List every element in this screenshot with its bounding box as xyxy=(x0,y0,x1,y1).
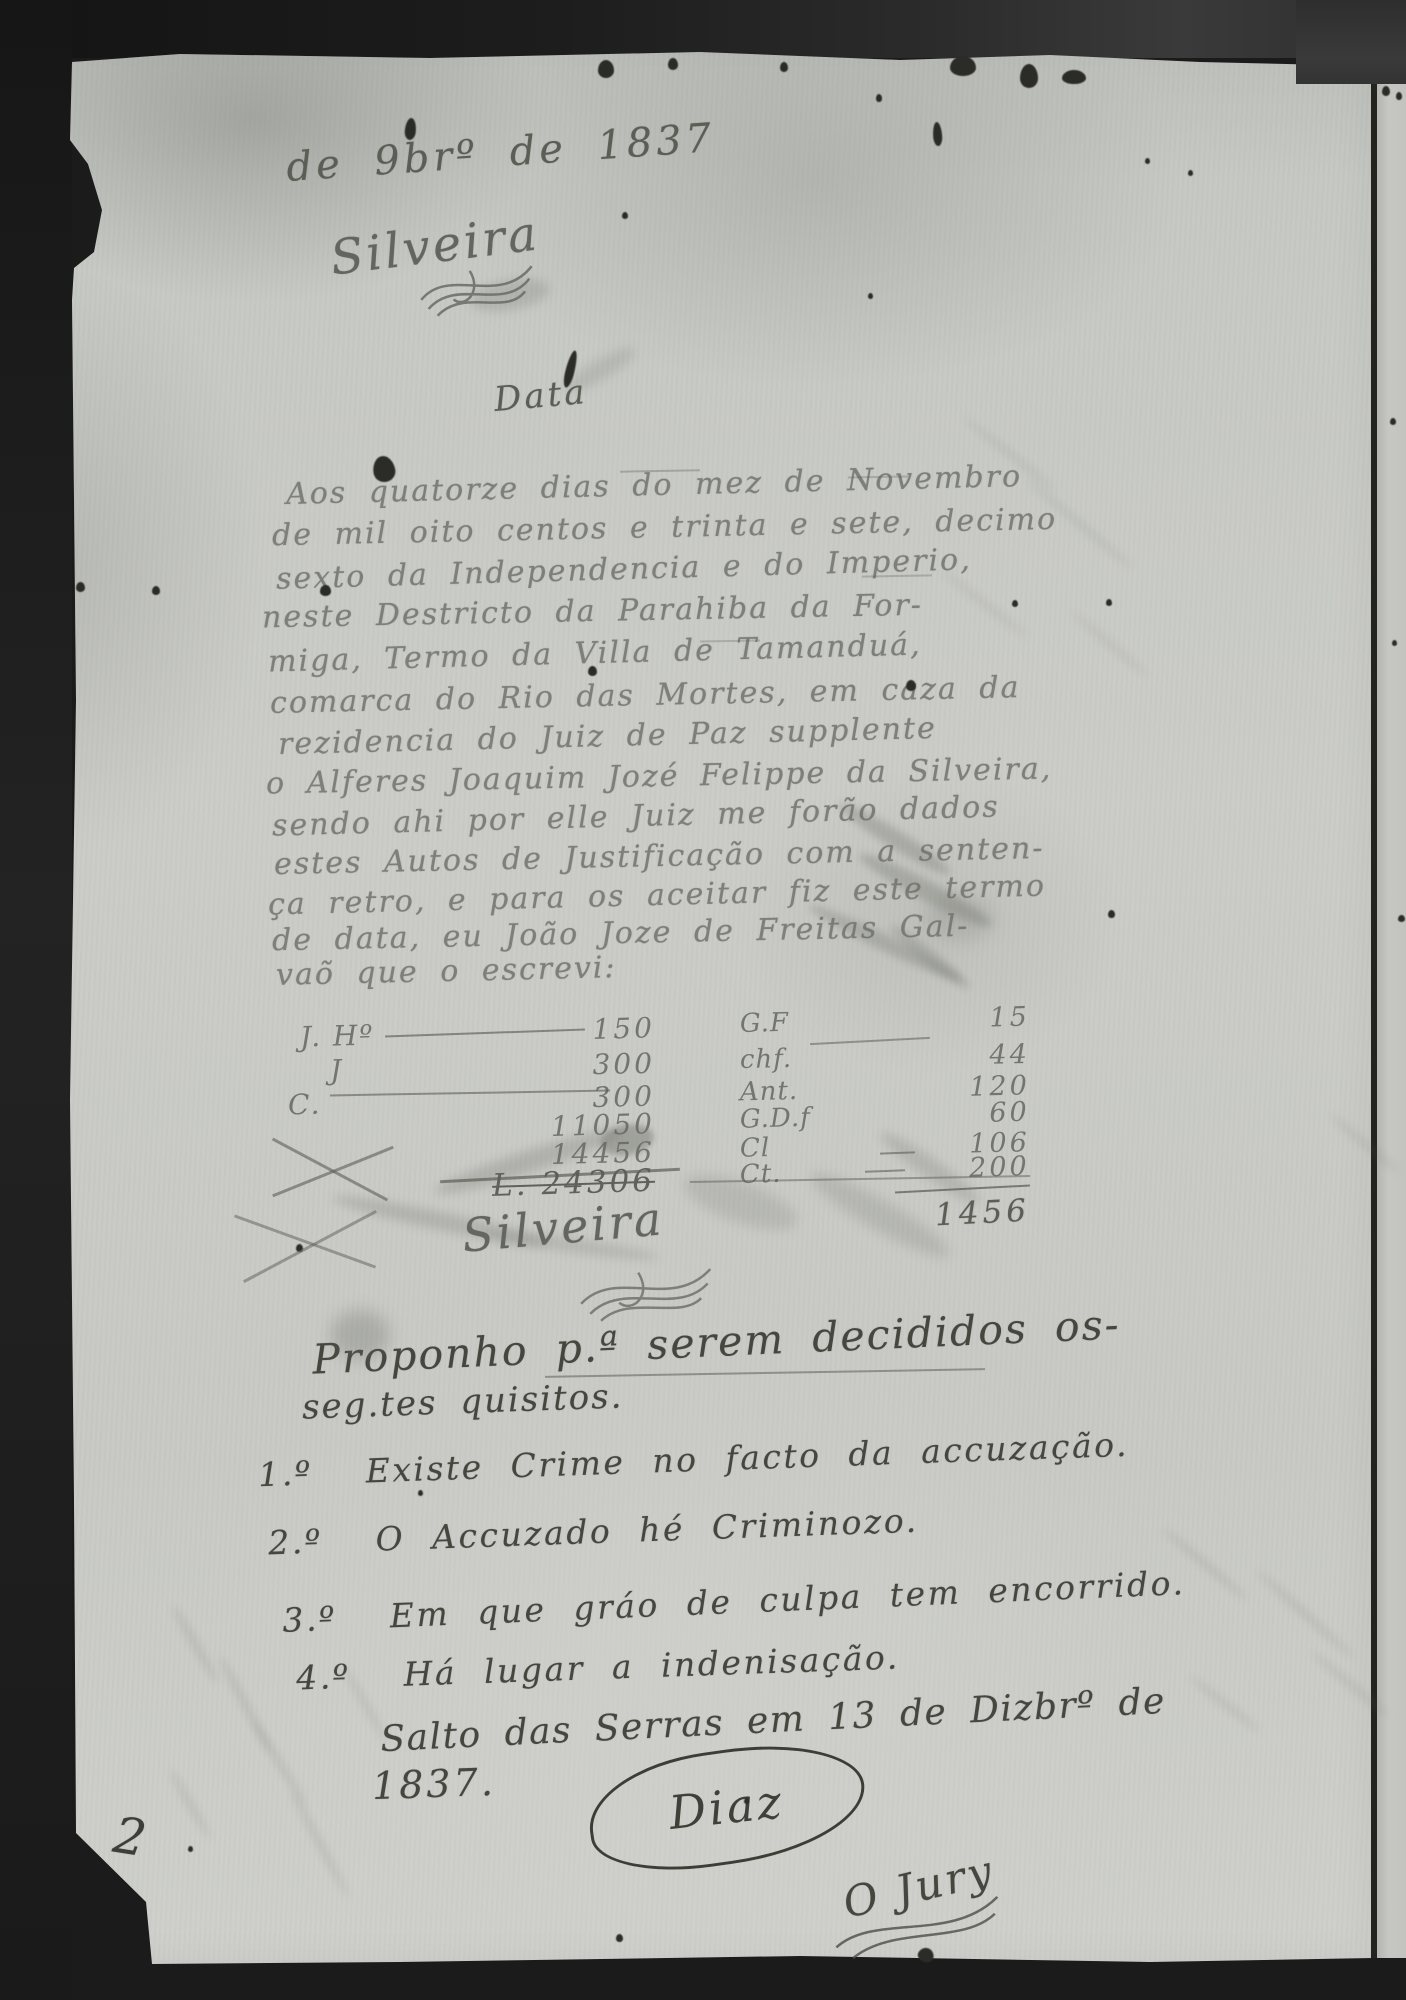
section-heading: Data xyxy=(492,372,589,420)
quesito-number: 2.º xyxy=(268,1521,324,1562)
account-code: G.D.f xyxy=(739,1103,811,1135)
account-label: J xyxy=(330,1053,344,1086)
account-code: G.F xyxy=(739,1008,789,1039)
dateline-year: 1837. xyxy=(371,1760,496,1808)
account-amount: 150 xyxy=(435,1011,656,1050)
account-code: Ct. xyxy=(739,1159,782,1190)
account-right: 200 xyxy=(879,1151,1030,1187)
manuscript-paper xyxy=(0,0,1406,2000)
account-right: 15 xyxy=(879,1001,1030,1036)
quesito-number: 4.º xyxy=(296,1657,352,1698)
quesito-number: 1.º xyxy=(258,1453,314,1494)
account-code: chf. xyxy=(740,1044,793,1075)
account-total: 1456 xyxy=(894,1192,1031,1235)
scanned-manuscript-page: de 9brº de 1837 Silveira Data Aos quator… xyxy=(0,0,1406,2000)
scanner-background-top xyxy=(0,0,1406,58)
account-amount: 300 xyxy=(435,1047,656,1085)
scanner-background-left xyxy=(0,0,72,2000)
binding-gutter-line xyxy=(1371,60,1377,1958)
signature-diaz: Diaz xyxy=(667,1774,787,1840)
quesito-number: 3.º xyxy=(282,1599,338,1640)
account-right: 44 xyxy=(880,1039,1031,1073)
next-page-edge xyxy=(1377,62,1406,1958)
scanner-background-notch xyxy=(1296,0,1406,84)
account-label: J. Hº xyxy=(300,1019,375,1054)
account-right: 60 xyxy=(879,1097,1030,1132)
